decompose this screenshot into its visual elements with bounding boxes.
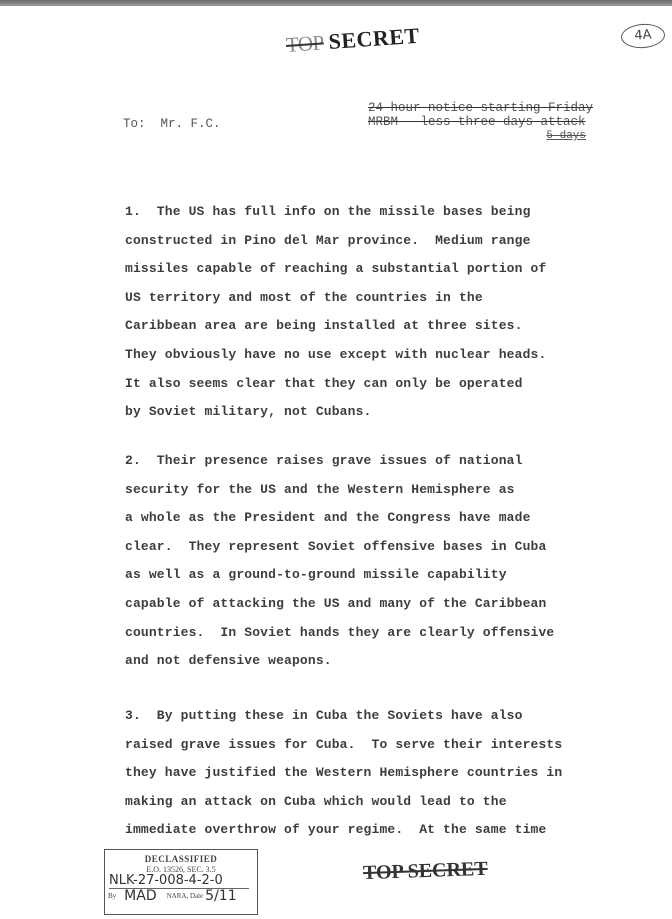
text-line: 2. Their presence raises grave issues of… (125, 447, 625, 476)
classification-struck-word: TOP (285, 30, 324, 57)
text-line: raised grave issues for Cuba. To serve t… (125, 731, 625, 760)
text-line: they have justified the Western Hemisphe… (125, 759, 625, 788)
stamp-by-value: MAD (124, 889, 156, 903)
text-line: 1. The US has full info on the missile b… (125, 198, 625, 227)
to-value: Mr. F.C. (161, 117, 221, 131)
text-line: constructed in Pino del Mar province. Me… (125, 227, 625, 256)
text-line: security for the US and the Western Hemi… (125, 476, 625, 505)
stamp-case-id: NLK-27-008-4-2-0 (109, 874, 249, 889)
note-line: 24 hour notice starting Friday (368, 101, 658, 115)
to-label: To: (123, 117, 146, 131)
text-line: US territory and most of the countries i… (125, 284, 625, 313)
text-line: They obviously have no use except with n… (125, 341, 625, 370)
text-line: making an attack on Cuba which would lea… (125, 788, 625, 817)
classification-header: TOPSECRET (285, 23, 420, 58)
paragraph-3: 3. By putting these in Cuba the Soviets … (125, 702, 625, 845)
paragraph-1: 1. The US has full info on the missile b… (125, 198, 625, 427)
text-line: missiles capable of reaching a substanti… (125, 255, 625, 284)
text-line: as well as a ground-to-ground missile ca… (125, 561, 625, 590)
text-line: immediate overthrow of your regime. At t… (125, 816, 625, 845)
text-line: 3. By putting these in Cuba the Soviets … (125, 702, 625, 731)
note-line: 5 days (368, 129, 658, 143)
note-line: MRBM - less three days attack (368, 115, 658, 129)
text-line: countries. In Soviet hands they are clea… (125, 619, 625, 648)
text-line: by Soviet military, not Cubans. (125, 398, 625, 427)
stamp-by-label: By (108, 889, 116, 903)
stamp-nara-label: NARA, Date (167, 889, 204, 903)
text-line: Caribbean area are being installed at th… (125, 312, 625, 341)
struck-handwritten-note: 24 hour notice starting Friday MRBM - le… (368, 101, 658, 143)
text-line: clear. They represent Soviet offensive b… (125, 533, 625, 562)
classification-word: SECRET (328, 23, 421, 54)
addressee-line: To: Mr. F.C. (123, 117, 221, 131)
stamp-date-value: 5/11 (205, 889, 236, 903)
text-line: and not defensive weapons. (125, 647, 625, 676)
classification-footer: TOP SECRET (363, 858, 488, 885)
paragraph-2: 2. Their presence raises grave issues of… (125, 447, 625, 676)
stamp-title: DECLASSIFIED (105, 854, 257, 864)
page-top-edge (0, 0, 672, 6)
stamp-signature-row: By MAD NARA, Date 5/11 (108, 889, 257, 903)
page-number-circle: 4A (620, 22, 666, 49)
text-line: It also seems clear that they can only b… (125, 370, 625, 399)
declassification-stamp: DECLASSIFIED E.O. 13526, SEC. 3.5 NLK-27… (104, 849, 258, 915)
text-line: capable of attacking the US and many of … (125, 590, 625, 619)
text-line: a whole as the President and the Congres… (125, 504, 625, 533)
